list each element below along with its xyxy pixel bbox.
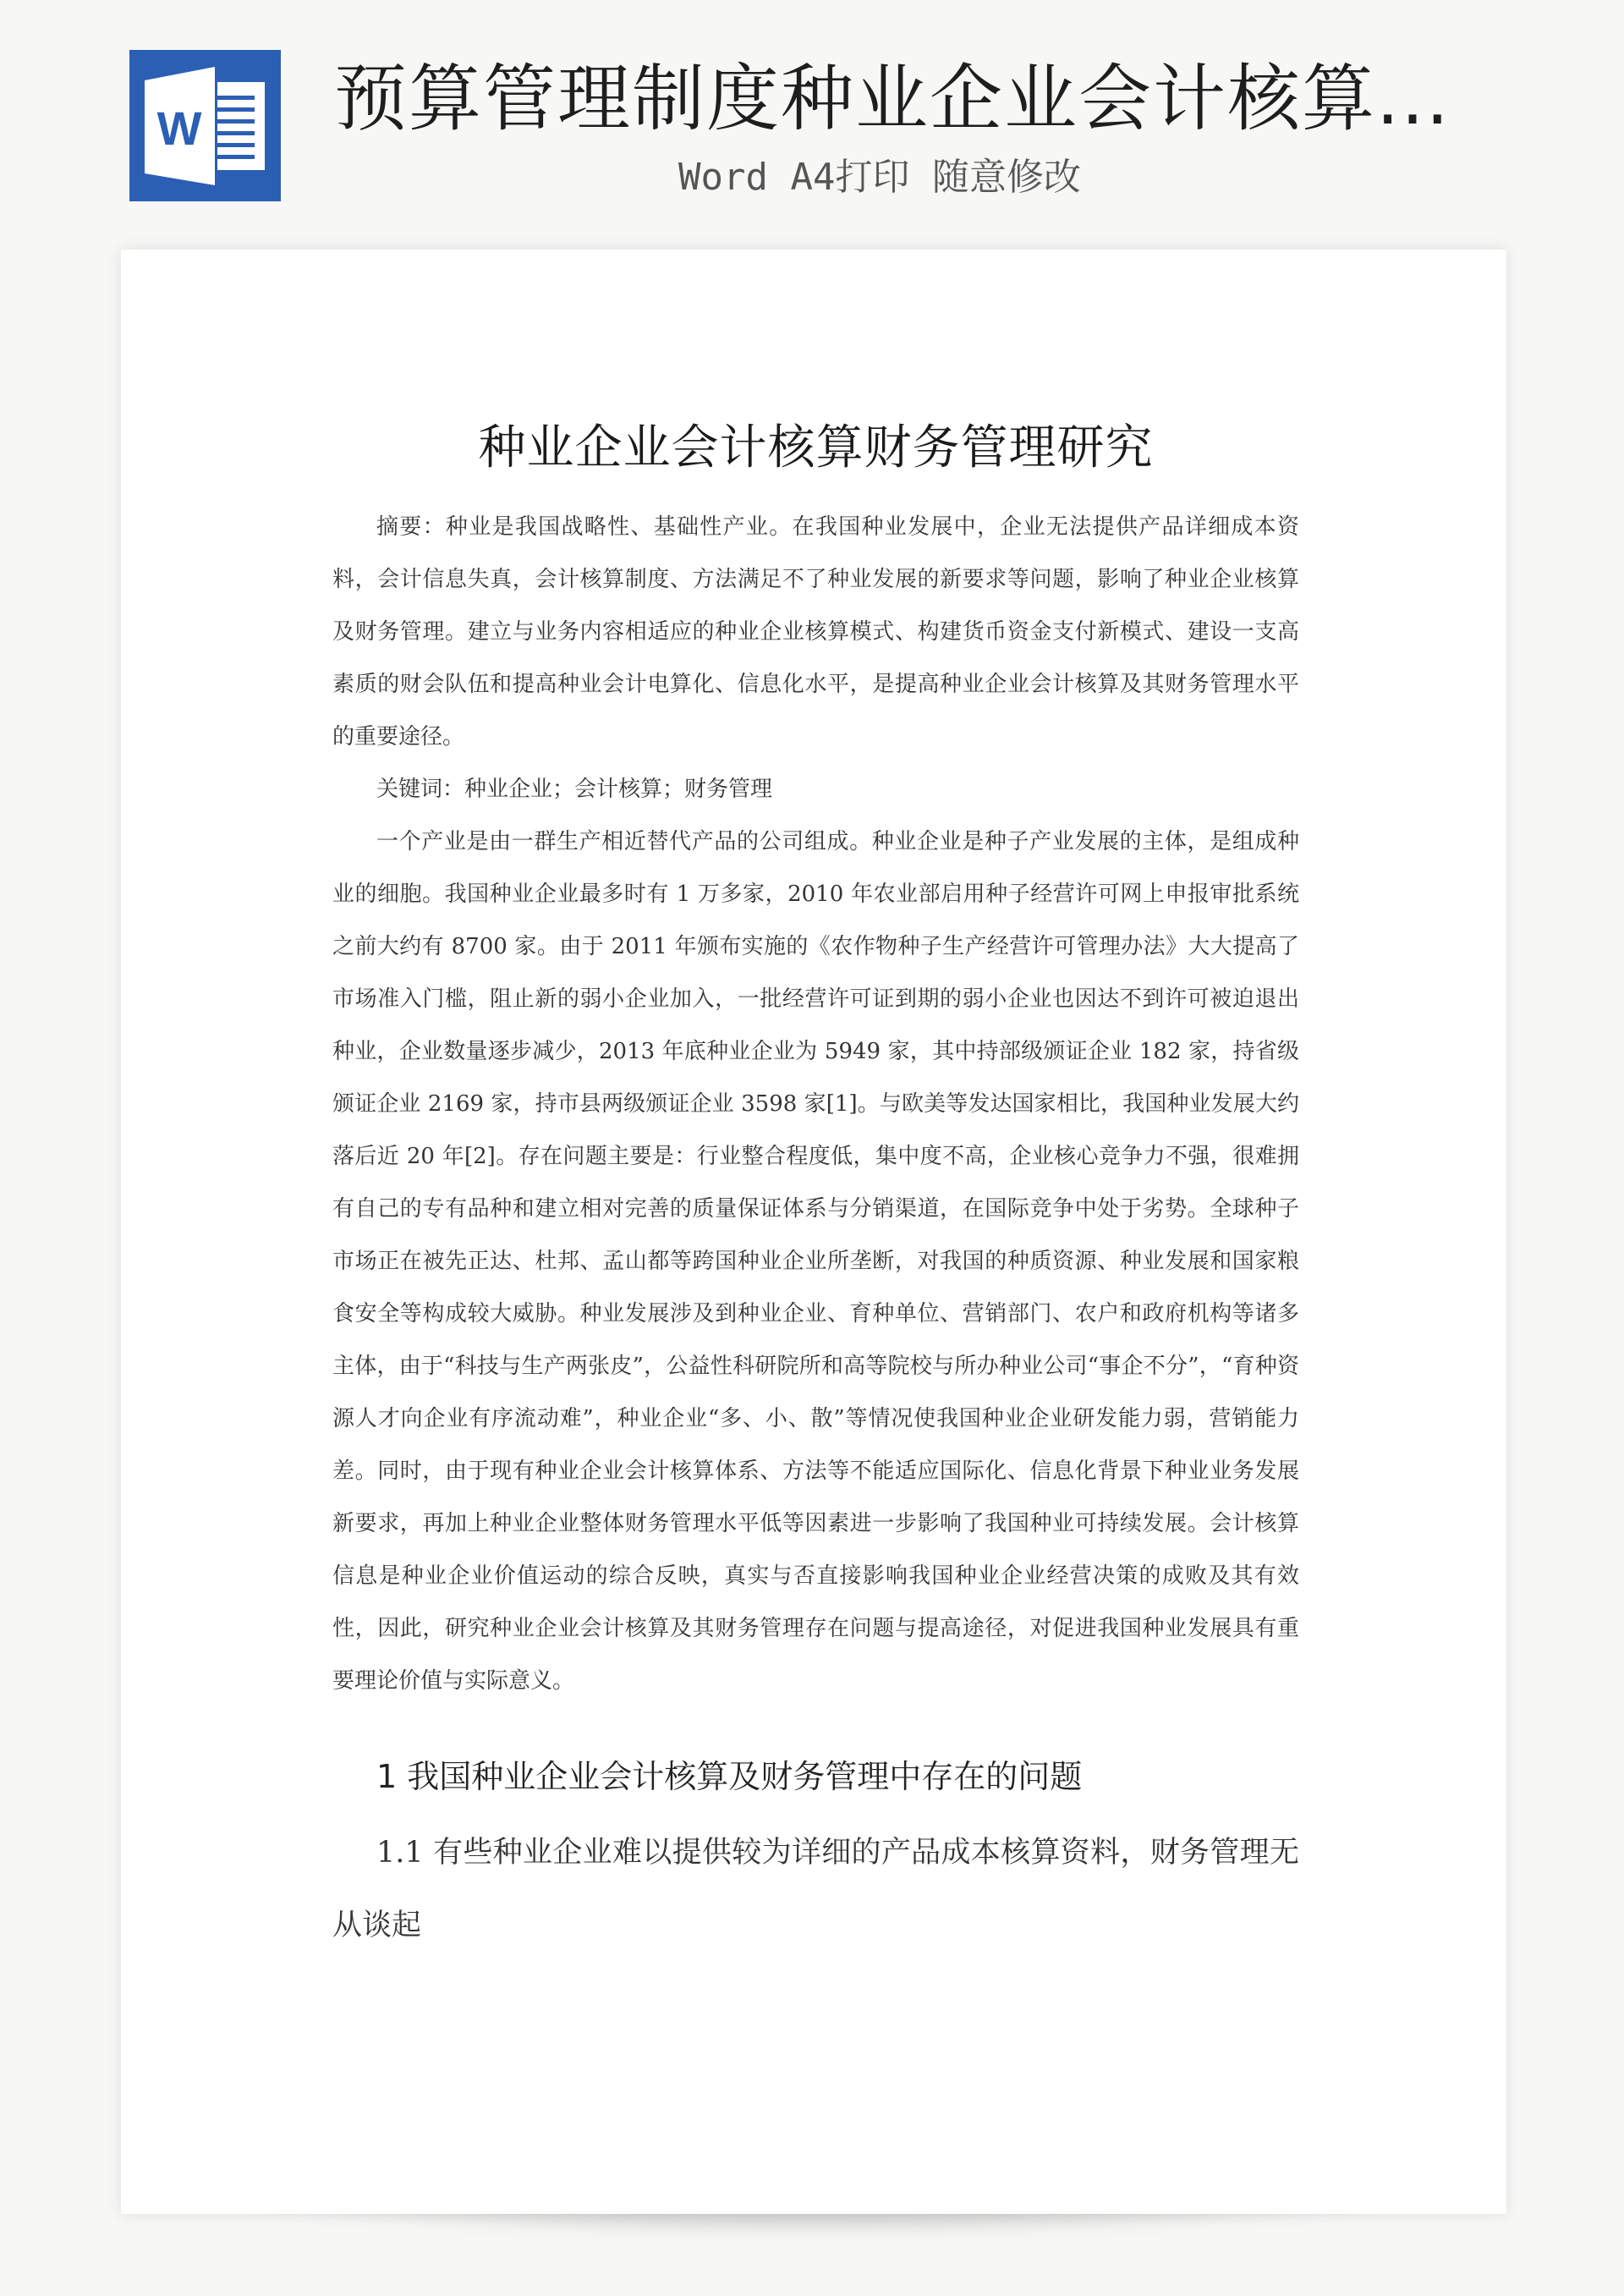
document-subtitle: Word A4打印 随意修改: [0, 152, 1624, 203]
abstract-paragraph: 摘要：种业是我国战略性、基础性产业。在我国种业发展中，企业无法提供产品详细成本资…: [332, 501, 1299, 763]
header: W 预算管理制度种业企业会计核算... Word A4打印 随意修改: [0, 0, 1624, 245]
intro-paragraph: 一个产业是由一群生产相近替代产品的公司组成。种业企业是种子产业发展的主体，是组成…: [332, 816, 1299, 1707]
section-heading-1: 1 我国种业企业会计核算及财务管理中存在的问题: [376, 1751, 1299, 1802]
svg-text:W: W: [157, 102, 202, 155]
keywords-paragraph: 关键词：种业企业；会计核算；财务管理: [332, 763, 1299, 816]
document-title: 预算管理制度种业企业会计核算...: [334, 52, 1535, 146]
article-title: 种业企业会计核算财务管理研究: [332, 419, 1299, 478]
section-heading-1-1: 1.1 有些种业企业难以提供较为详细的产品成本核算资料，财务管理无从谈起: [332, 1816, 1299, 1962]
document-page: 种业企业会计核算财务管理研究 摘要：种业是我国战略性、基础性产业。在我国种业发展…: [121, 250, 1506, 2214]
